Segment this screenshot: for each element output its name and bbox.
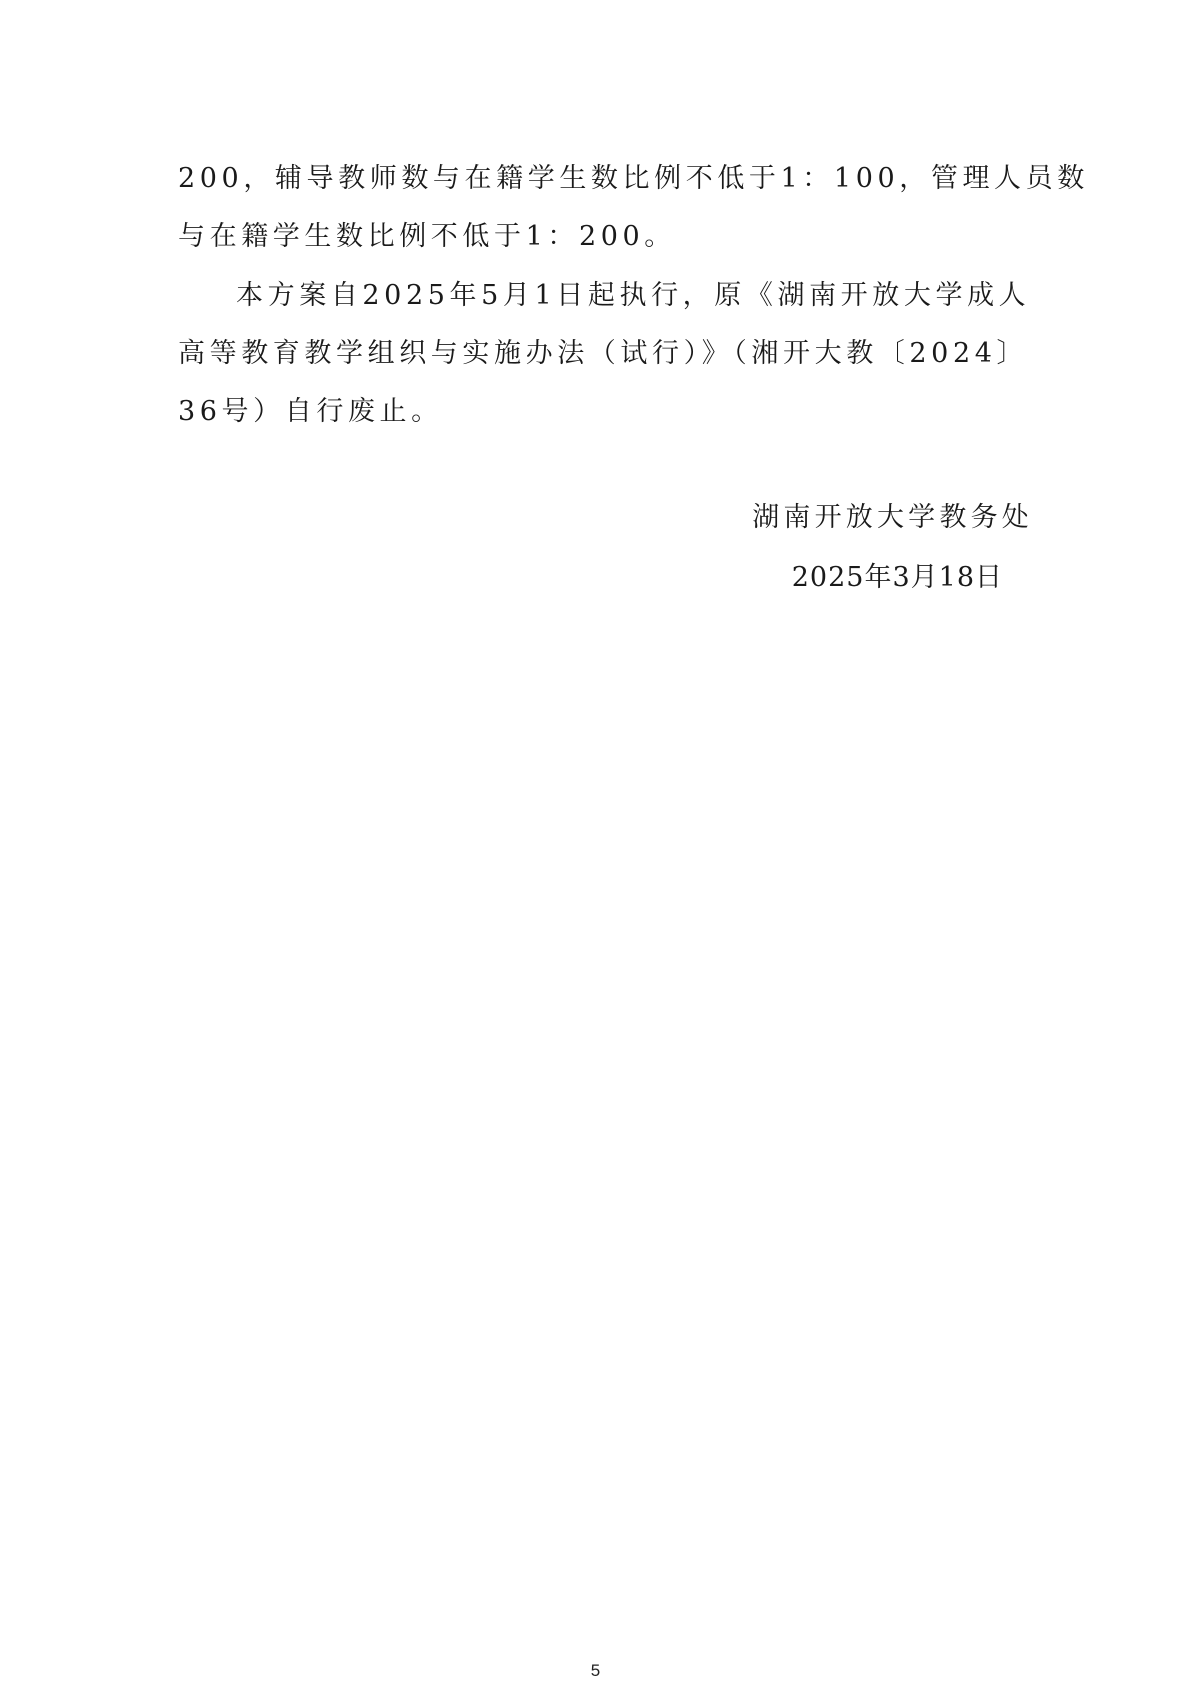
signature-date: 2025年3月18日 <box>792 555 1003 594</box>
document-page: 200，辅导教师数与在籍学生数比例不低于1：100，管理人员数 与在籍学生数比例… <box>0 0 1191 1684</box>
paragraph-staff-ratio: 200，辅导教师数与在籍学生数比例不低于1：100，管理人员数 与在籍学生数比例… <box>178 150 1030 266</box>
paragraph-line: 36号）自行废止。 <box>178 383 1030 441</box>
paragraph-line: 本方案自2025年5月1日起执行，原《湖南开放大学成人 <box>178 267 1030 325</box>
paragraph-line: 200，辅导教师数与在籍学生数比例不低于1：100，管理人员数 <box>178 150 1030 208</box>
paragraph-line: 高等教育教学组织与实施办法（试行）》（湘开大教〔2024〕 <box>178 325 1030 383</box>
paragraph-effective-date: 本方案自2025年5月1日起执行，原《湖南开放大学成人 高等教育教学组织与实施办… <box>178 267 1030 441</box>
paragraph-line: 与在籍学生数比例不低于1：200。 <box>178 208 1030 266</box>
page-number: 5 <box>0 1661 1191 1681</box>
signature-organization: 湖南开放大学教务处 <box>752 495 1033 534</box>
